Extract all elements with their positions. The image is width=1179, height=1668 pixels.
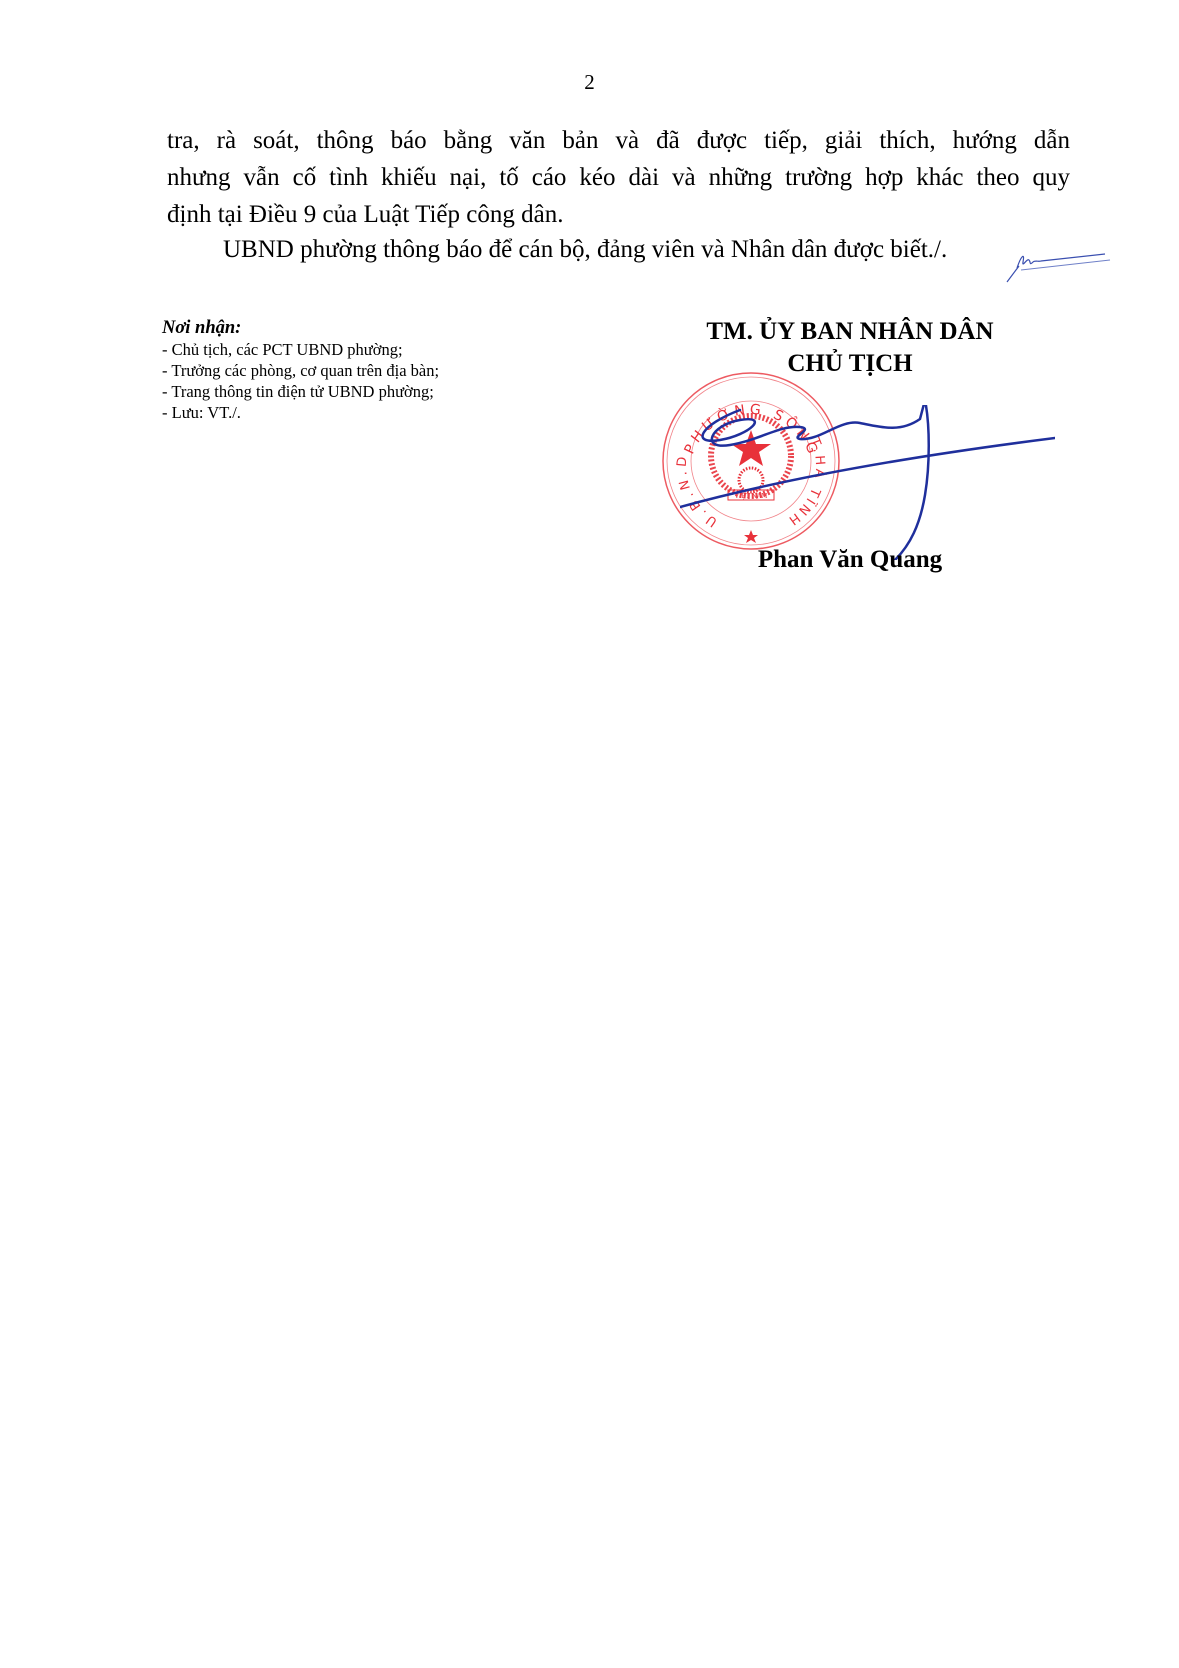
page-number: 2 bbox=[0, 70, 1179, 95]
signer-organization: TM. ỦY BAN NHÂN DÂN bbox=[660, 316, 1040, 348]
initials-signature-icon bbox=[1005, 248, 1115, 284]
recipients-list: - Chủ tịch, các PCT UBND phường; - Trưởn… bbox=[162, 339, 439, 423]
body-line: định tại Điều 9 của Luật Tiếp công dân. bbox=[167, 196, 1070, 233]
closing-sentence: UBND phường thông báo để cán bộ, đảng vi… bbox=[223, 236, 947, 264]
recipient-item: - Chủ tịch, các PCT UBND phường; bbox=[162, 339, 439, 360]
body-line: tra, rà soát, thông báo bằng văn bản và … bbox=[167, 122, 1070, 159]
recipient-item: - Lưu: VT./. bbox=[162, 402, 439, 423]
handwritten-signature-icon bbox=[680, 405, 1055, 560]
recipient-item: - Trang thông tin điện tử UBND phường; bbox=[162, 381, 439, 402]
recipients-title: Nơi nhận: bbox=[162, 318, 439, 339]
body-line: nhưng vẫn cố tình khiếu nại, tố cáo kéo … bbox=[167, 159, 1070, 196]
body-paragraph: tra, rà soát, thông báo bằng văn bản và … bbox=[167, 122, 1070, 233]
signer-name: Phan Văn Quang bbox=[660, 546, 1040, 574]
recipients-block: Nơi nhận: - Chủ tịch, các PCT UBND phườn… bbox=[162, 318, 439, 423]
recipient-item: - Trưởng các phòng, cơ quan trên địa bàn… bbox=[162, 360, 439, 381]
